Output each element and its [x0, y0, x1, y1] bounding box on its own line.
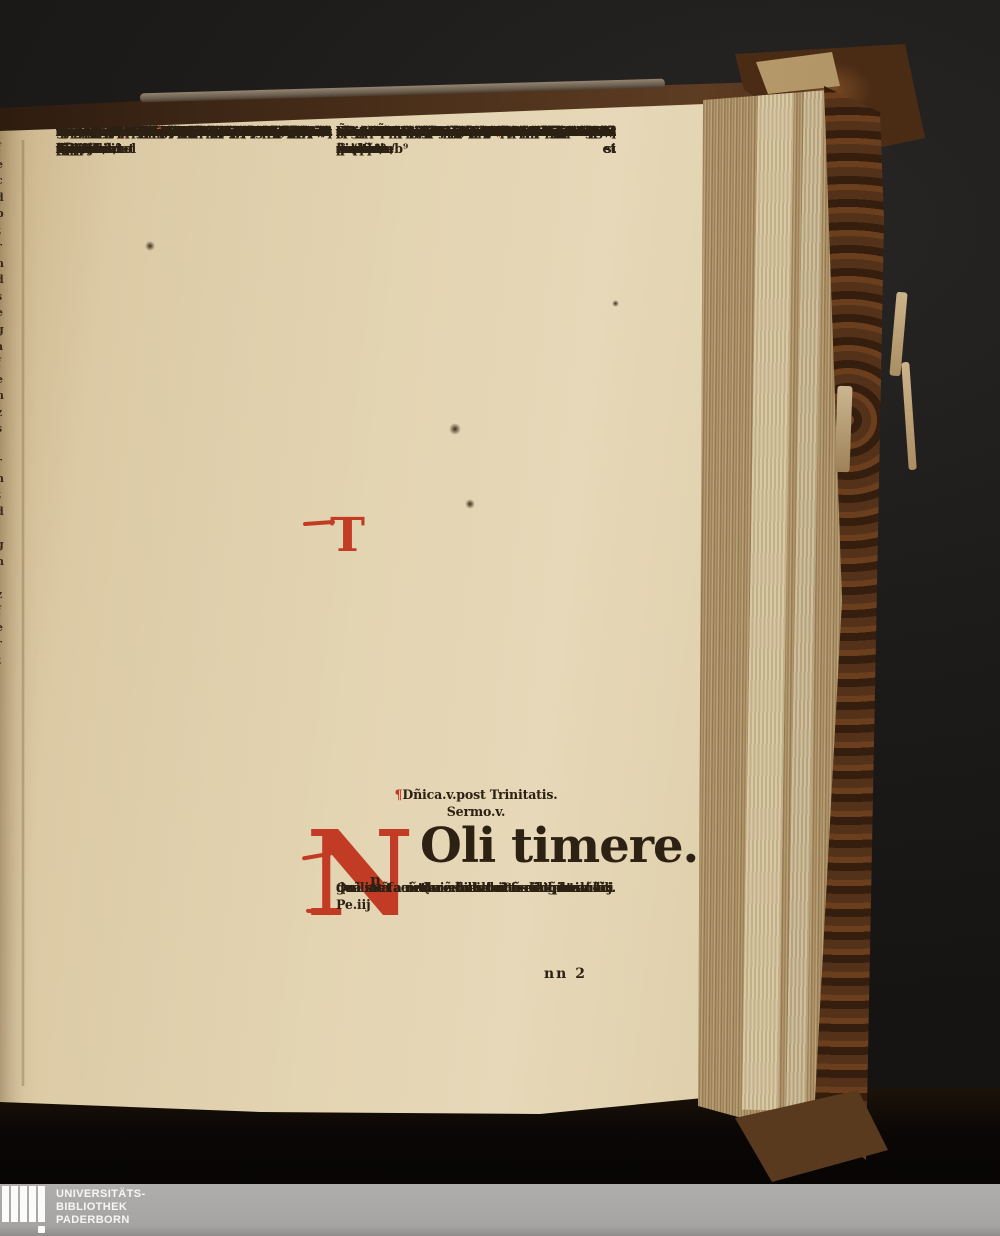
- logo-bar-icon: [2, 1186, 9, 1222]
- library-name: UNIVERSITÄTS- BIBLIOTHEK PADERBORN: [56, 1188, 146, 1227]
- ink-blot: [612, 300, 619, 307]
- library-name-line1: UNIVERSITÄTS-: [56, 1188, 146, 1201]
- quire-signature: nn 2: [544, 966, 587, 983]
- ink-blot: [145, 241, 155, 251]
- logo-bar-icon: [20, 1186, 27, 1222]
- section-heading-line1: ¶Dñica.v.post Trinitatis.: [336, 786, 616, 803]
- sermon-v-section: ¶Dñica.v.post Trinitatis. Sermo.v. N n O…: [336, 786, 616, 820]
- facing-page-text-fragments: f e c d b t r n d s e g a f e n z s i r …: [0, 140, 7, 670]
- text-line: Qui sic faciet: nõ habebit causam timẽdi: [336, 880, 613, 897]
- fore-edge-light-band: [742, 92, 794, 1110]
- library-footer-band: UNIVERSITÄTS- BIBLIOTHEK PADERBORN: [0, 1184, 1000, 1236]
- gutter-crease: [21, 140, 25, 1086]
- torn-vellum-strip: [835, 386, 853, 472]
- library-name-line2: BIBLIOTHEK: [56, 1201, 146, 1214]
- library-name-line3: PADERBORN: [56, 1214, 146, 1227]
- torn-vellum-strip: [901, 362, 917, 470]
- lombardic-initial-t: T: [330, 512, 365, 559]
- logo-dot-icon: [38, 1226, 45, 1233]
- incipit-display-text: Oli timere.: [420, 822, 698, 870]
- ink-blot: [449, 423, 461, 435]
- logo-bar-icon: [38, 1186, 45, 1222]
- logo-bar-icon: [29, 1186, 36, 1222]
- ink-blot: [465, 499, 475, 509]
- fore-edge-light-band: [786, 90, 824, 1110]
- scanned-book-photo: f e c d b t r n d s e g a f e n z s i r …: [0, 0, 1000, 1236]
- text-line: euertit. z plerũq̃z vbi lusert nauigia s…: [336, 124, 616, 157]
- logo-bar-icon: [11, 1186, 18, 1222]
